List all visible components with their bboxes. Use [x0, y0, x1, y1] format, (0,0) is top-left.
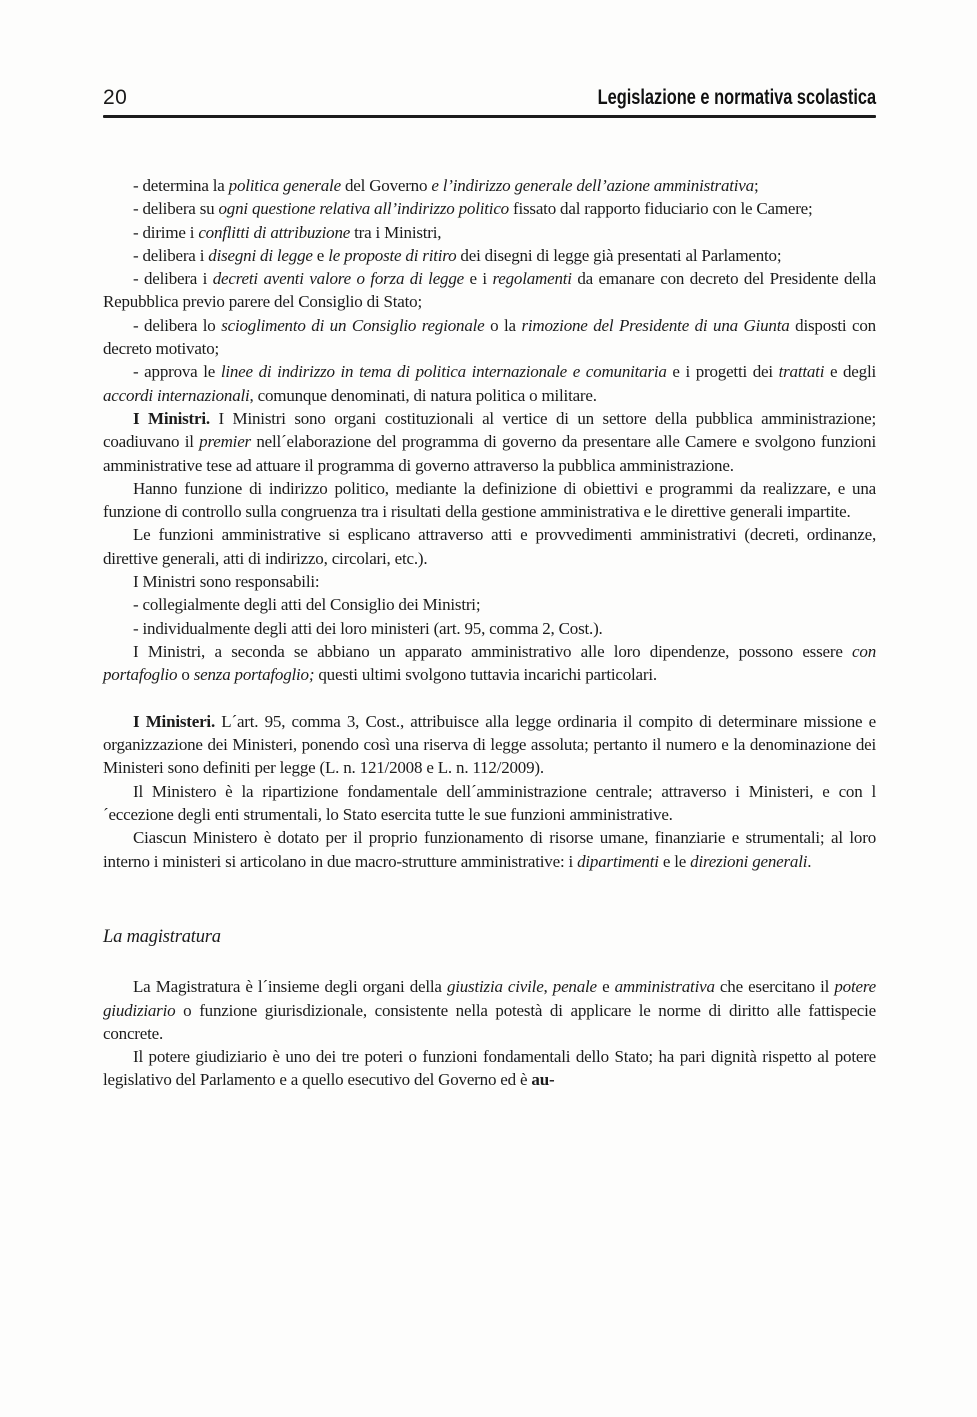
text-segment: - delibera i	[133, 246, 208, 265]
paragraph: I Ministeri. L´art. 95, comma 3, Cost., …	[103, 710, 876, 780]
text-segment: ,	[544, 977, 553, 996]
text-segment: ogni questione relativa all’indirizzo po…	[218, 199, 508, 218]
text-segment: - collegialmente degli atti del Consigli…	[133, 595, 480, 614]
text-segment: conflitti di attribuzione	[198, 223, 350, 242]
text-segment: direzioni generali	[690, 852, 807, 871]
text-segment: e le	[659, 852, 690, 871]
section-heading: La magistratura	[103, 926, 876, 949]
text-segment: o funzione giurisdizionale, consistente …	[103, 1001, 876, 1043]
text-segment: La Magistratura è l´insieme degli organi…	[133, 977, 447, 996]
paragraph: - dirime i conflitti di attribuzione tra…	[103, 221, 876, 244]
paragraph: - determina la politica generale del Gov…	[103, 174, 876, 197]
text-segment: questi ultimi svolgono tuttavia incarich…	[314, 665, 657, 684]
text-segment: e i progetti dei	[667, 362, 779, 381]
text-segment: rimozione del Presidente di una Giunta	[521, 316, 789, 335]
paragraph: Hanno funzione di indirizzo politico, me…	[103, 477, 876, 524]
text-segment: I Ministri.	[133, 409, 210, 428]
text-segment: che esercitano il	[715, 977, 835, 996]
text-segment: o la	[485, 316, 522, 335]
text-segment: ;	[754, 176, 759, 195]
text-segment: Le funzioni amministrative si esplicano …	[103, 525, 876, 567]
text-segment: Il potere giudiziario è uno dei tre pote…	[103, 1047, 876, 1089]
text-segment: e	[597, 977, 615, 996]
text-segment: La magistratura	[103, 927, 221, 947]
text-segment: au-	[531, 1070, 554, 1089]
paragraph: Ciascun Ministero è dotato per il propri…	[103, 826, 876, 873]
text-segment: trattati	[779, 362, 825, 381]
paragraph: Il Ministero è la ripartizione fondament…	[103, 780, 876, 827]
text-segment: - individualmente degli atti dei loro mi…	[133, 619, 603, 638]
text-segment: - delibera i	[133, 269, 213, 288]
paragraph: - delibera su ogni questione relativa al…	[103, 197, 876, 220]
body-text: - determina la politica generale del Gov…	[103, 174, 876, 1092]
text-segment: tra i Ministri,	[350, 223, 441, 242]
paragraph: La Magistratura è l´insieme degli organi…	[103, 975, 876, 1045]
paragraph: - delibera lo scioglimento di un Consigl…	[103, 314, 876, 361]
text-segment: senza portafoglio;	[194, 665, 315, 684]
page-header: 20 Legislazione e normativa scolastica	[103, 86, 876, 110]
text-segment: I Ministri sono responsabili:	[133, 572, 319, 591]
text-segment: e l’indirizzo generale dell’azione ammin…	[431, 176, 754, 195]
text-segment: accordi internazionali	[103, 386, 250, 405]
text-segment: dei disegni di legge già presentati al P…	[456, 246, 781, 265]
paragraph: - individualmente degli atti dei loro mi…	[103, 617, 876, 640]
text-segment: premier	[199, 432, 251, 451]
text-segment: Il Ministero è la ripartizione fondament…	[103, 782, 876, 824]
text-segment: del Governo	[341, 176, 431, 195]
header-rule	[103, 115, 876, 118]
text-segment: decreti aventi valore o forza di legge	[213, 269, 464, 288]
paragraph: Le funzioni amministrative si esplicano …	[103, 523, 876, 570]
text-segment: - delibera su	[133, 199, 218, 218]
paragraph: I Ministri sono responsabili:	[103, 570, 876, 593]
text-segment: disegni di legge	[208, 246, 312, 265]
text-segment: regolamenti	[493, 269, 572, 288]
text-segment: o	[177, 665, 193, 684]
text-segment: I Ministeri.	[133, 712, 215, 731]
text-segment: .	[807, 852, 811, 871]
paragraph: - delibera i decreti aventi valore o for…	[103, 267, 876, 314]
text-segment: - dirime i	[133, 223, 198, 242]
text-segment: politica generale	[229, 176, 341, 195]
paragraph: - collegialmente degli atti del Consigli…	[103, 593, 876, 616]
text-segment: L´art. 95, comma 3, Cost., attribuisce a…	[103, 712, 876, 778]
text-segment: le proposte di ritiro	[328, 246, 456, 265]
text-segment: dipartimenti	[577, 852, 659, 871]
text-segment: giustizia civile	[447, 977, 544, 996]
text-segment: scioglimento di un Consiglio regionale	[221, 316, 484, 335]
running-title: Legislazione e normativa scolastica	[597, 86, 876, 110]
paragraph: I Ministri. I Ministri sono organi costi…	[103, 407, 876, 477]
paragraph: - approva le linee di indirizzo in tema …	[103, 360, 876, 407]
paragraph: Il potere giudiziario è uno dei tre pote…	[103, 1045, 876, 1092]
text-segment: fissato dal rapporto fiduciario con le C…	[509, 199, 813, 218]
paragraph: I Ministri, a seconda se abbiano un appa…	[103, 640, 876, 687]
text-segment: , comunque denominati, di natura politic…	[250, 386, 597, 405]
text-segment: Hanno funzione di indirizzo politico, me…	[103, 479, 876, 521]
text-segment: linee di indirizzo in tema di politica i…	[221, 362, 667, 381]
text-segment: e	[313, 246, 328, 265]
text-segment: amministrativa	[615, 977, 715, 996]
book-page: 20 Legislazione e normativa scolastica -…	[0, 0, 977, 1417]
text-segment: e i	[464, 269, 493, 288]
text-segment: - delibera lo	[133, 316, 221, 335]
text-segment: I Ministri, a seconda se abbiano un appa…	[133, 642, 852, 661]
text-segment: - determina la	[133, 176, 229, 195]
page-number: 20	[103, 86, 127, 110]
paragraph: - delibera i disegni di legge e le propo…	[103, 244, 876, 267]
text-segment: penale	[553, 977, 597, 996]
text-segment: e degli	[824, 362, 876, 381]
text-segment: - approva le	[133, 362, 221, 381]
